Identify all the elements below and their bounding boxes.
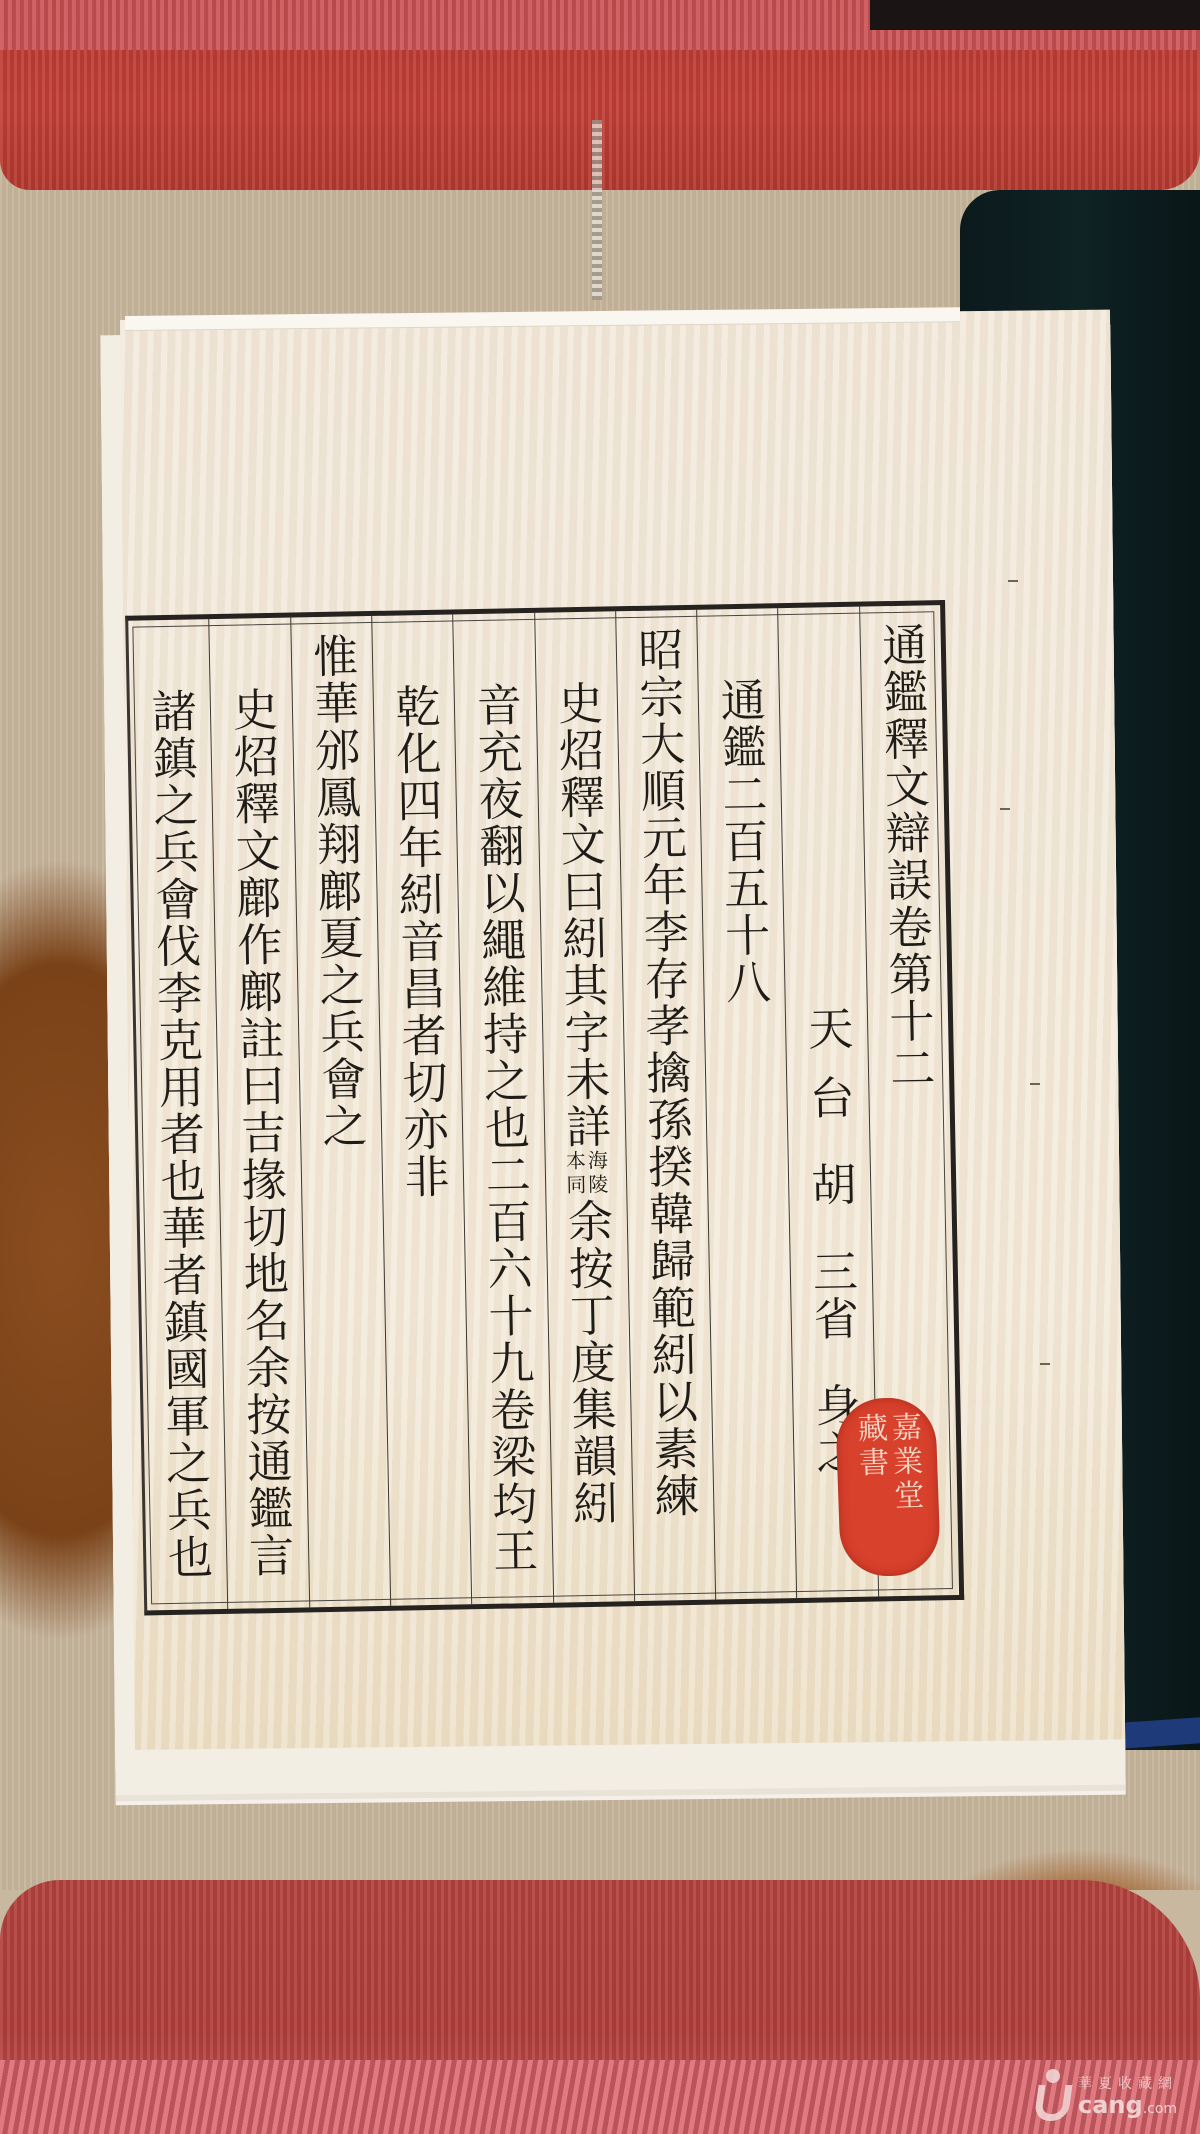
commentary-text: 音充夜翻以繩維持之也二百六十九卷梁均王: [472, 681, 534, 1575]
watermark-en: cang.com: [1078, 2093, 1178, 2117]
entry-with-note: 史炤釋文曰紖其字未詳 海陵 本同 余按丁度集韻紖: [554, 680, 615, 1528]
commentary-text: 史炤釋文鄜作鄜註曰吉掾切地名余按通鑑言: [229, 686, 291, 1580]
book-title: 通鑑釋文辯誤卷第十二: [878, 621, 932, 1092]
section-heading: 通鑑二百五十八: [716, 677, 767, 1007]
note-right: 海陵: [586, 1150, 607, 1198]
binding-stitch: [1030, 1083, 1040, 1085]
author-place-1: 天: [804, 1005, 850, 1053]
author-surname: 胡: [807, 1161, 853, 1209]
commentary-text-cont: 余按丁度集韻紖: [564, 1198, 615, 1528]
watermark-en-main: cang: [1078, 2091, 1143, 2119]
author-given-name: 三省: [808, 1248, 855, 1343]
entry-text: 昭宗大順元年李存孝擒孫揆韓歸範紖以素練: [634, 626, 696, 1520]
rug-seam: [592, 120, 602, 300]
commentary-text: 史炤釋文曰紖其字未詳: [554, 680, 608, 1151]
seal-text-right: 嘉業堂: [887, 1411, 923, 1576]
binding-stitch: [1008, 580, 1018, 582]
collector-seal: 嘉業堂 藏書: [835, 1396, 941, 1577]
text-columns: 通鑑釋文辯誤卷第十二 天 台 胡 三省 身之 通鑑二百五十八 昭宗大順元年李存孝…: [128, 605, 959, 1610]
dark-background-corner: [870, 0, 1200, 30]
site-watermark: 華夏收藏網 cang.com: [1030, 2060, 1200, 2130]
commentary-text: 乾化四年紖音昌者切亦非: [391, 683, 446, 1201]
watermark-text: 華夏收藏網 cang.com: [1078, 2073, 1178, 2117]
author-line: 天 台 胡 三省 身之: [804, 1005, 858, 1477]
watermark-cn: 華夏收藏網: [1078, 2073, 1178, 2093]
rug-bottom-fringe: [0, 2060, 1200, 2134]
binding-stitch: [1000, 808, 1010, 810]
watermark-suffix: .com: [1143, 2101, 1177, 2117]
seal-text-left: 藏書: [853, 1412, 889, 1577]
interlinear-note: 海陵 本同: [564, 1150, 607, 1199]
entry-text: 惟華邠鳳翔鄜夏之兵會之: [309, 632, 364, 1150]
note-left: 本同: [564, 1150, 585, 1198]
watermark-logo-icon: [1030, 2067, 1074, 2123]
binding-stitch: [1040, 1363, 1050, 1365]
commentary-text: 諸鎮之兵會伐李克用者也華者鎮國軍之兵也: [147, 687, 209, 1581]
author-place-2: 台: [805, 1074, 851, 1122]
